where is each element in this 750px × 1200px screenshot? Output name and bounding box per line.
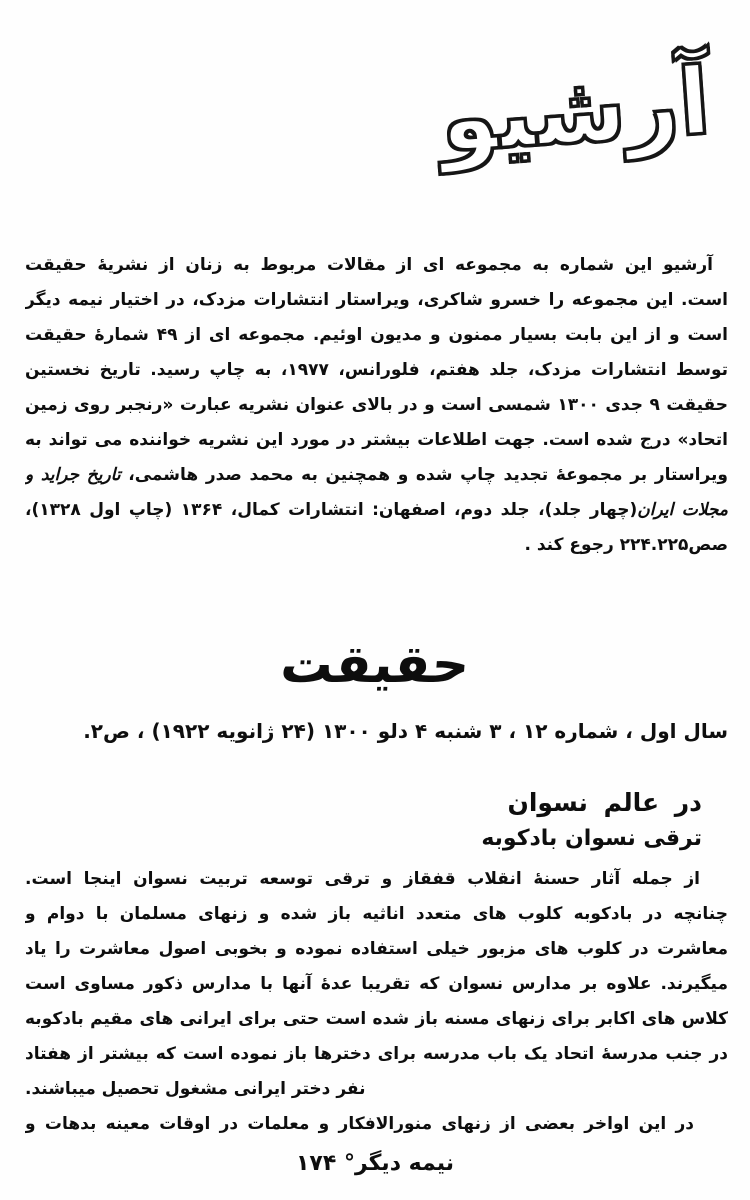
book-title-italic: تاریخ جراید و: [25, 465, 121, 485]
body-line: از جمله آثار حسنۀ انقلاب قفقاز و ترقی تو…: [25, 862, 728, 897]
body-line: میگیرند. علاوه بر مدارس نسوان که تقریبا …: [25, 967, 728, 1002]
intro-line: است و از این بابت بسیار ممنون و مدیون او…: [25, 318, 728, 353]
article-body: از جمله آثار حسنۀ انقلاب قفقاز و ترقی تو…: [25, 862, 728, 1142]
intro-line: توسط انتشارات مزدک، جلد هفتم، فلورانس، ۱…: [25, 353, 728, 388]
body-line: نفر دختر ایرانی مشغول تحصیل میباشند.: [25, 1072, 728, 1107]
intro-line-text: ویراستار بر مجموعۀ تجدید چاپ شده و همچنی…: [121, 465, 728, 485]
article-dateline: سال اول ، شماره ۱۲ ، ۳ شنبه ۴ دلو ۱۳۰۰ (…: [0, 712, 728, 750]
body-line: کلاس های اکابر برای زنهای مسنه باز شده ا…: [25, 1002, 728, 1037]
document-page: آرشیو آرشیو این شماره به مجموعه ای از مق…: [0, 0, 750, 1200]
body-line: معاشرت در کلوب های مزبور خیلی استفاده نم…: [25, 932, 728, 967]
page-folio: نیمه دیگر° ۱۷۴: [0, 1146, 750, 1182]
intro-paragraph: آرشیو این شماره به مجموعه ای از مقالات م…: [25, 248, 728, 563]
intro-line: مجلات ایران(چهار جلد)، جلد دوم، اصفهان: …: [25, 493, 728, 528]
section-subtitle: ترقی نسوان بادکوبه: [481, 822, 702, 856]
masthead-title: آرشیو: [435, 33, 714, 190]
intro-line: آرشیو این شماره به مجموعه ای از مقالات م…: [25, 248, 728, 283]
body-line: در جنب مدرسۀ اتحاد یک باب مدرسه برای دخت…: [25, 1037, 728, 1072]
intro-line: صص۲۲۴.۲۲۵ رجوع کند .: [25, 528, 728, 563]
book-title-italic: مجلات ایران: [637, 500, 728, 520]
intro-line: است. این مجموعه را خسرو شاکری، ویراستار …: [25, 283, 728, 318]
intro-line-text: (چهار جلد)، جلد دوم، اصفهان: انتشارات کم…: [25, 500, 637, 520]
body-line: چنانچه در بادکوبه کلوب های متعدد اناثیه …: [25, 897, 728, 932]
intro-line: اتحاد» درج شده است. جهت اطلاعات بیشتر در…: [25, 423, 728, 458]
article-heading: حقیقت: [0, 620, 750, 710]
intro-line: حقیقت ۹ جدی ۱۳۰۰ شمسی است و در بالای عنو…: [25, 388, 728, 423]
body-line: در این اواخر بعضی از زنهای منورالافکار و…: [25, 1107, 728, 1142]
intro-line: ویراستار بر مجموعۀ تجدید چاپ شده و همچنی…: [25, 458, 728, 493]
section-title: در عالم نسوان: [508, 786, 703, 820]
